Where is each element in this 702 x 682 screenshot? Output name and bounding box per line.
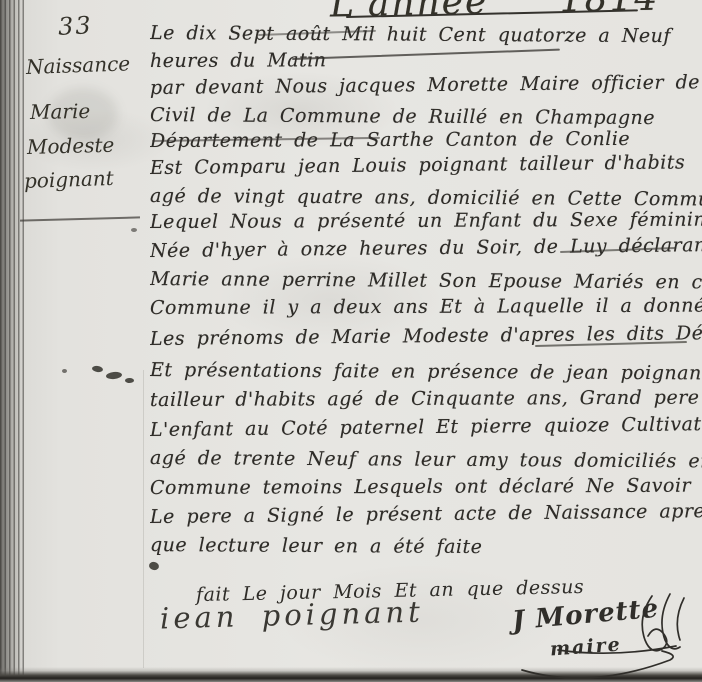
margin-rule-line [143,370,144,668]
margin-label-poignant: poignant [24,166,115,193]
record-line: Lequel Nous a présenté un Enfant du Sexe… [150,211,702,232]
record-line: Le dix Sept août Mil huit Cent quatorze … [150,24,702,46]
record-line: Le pere a Signé le présent acte de Naiss… [150,502,702,527]
record-line: tailleur d'habits agé de Cinquante ans, … [150,389,702,410]
record-line: Civil de La Commune de Ruillé en Champag… [150,106,702,128]
ink-blot [106,371,123,380]
margin-entry-number: 33 [57,11,93,41]
record-line: Commune temoins Lesquels ont déclaré Ne … [150,477,702,498]
record-line: par devant Nous jacques Morette Maire of… [150,73,702,98]
margin-label-modeste: Modeste [27,133,115,159]
record-line: que lecture leur en a été faite [150,536,702,558]
record-line: Marie anne perrine Millet Son Epouse Mar… [150,270,702,292]
record-line: Les prénoms de Marie Modeste d'apres les… [150,324,702,349]
paraph-flourish [500,588,702,682]
ink-blot [131,228,137,232]
ink-blot [92,365,104,372]
margin-label-marie: Marie [30,99,91,124]
margin-underline-flourish [20,216,140,221]
record-line: Et présentations faite en présence de je… [150,361,702,383]
ink-blot [148,561,160,571]
record-line: Est Comparu jean Louis poignant tailleur… [150,153,702,178]
register-page-scan: L'année 1814 33 Naissance Marie Modeste … [0,0,702,682]
margin-label-naissance: Naissance [26,51,131,79]
binding-edge [0,0,26,682]
ink-blot [125,378,134,383]
record-line: agé de vingt quatre ans, domicilié en Ce… [150,187,702,209]
ink-blot [62,369,67,373]
record-line: Commune il y a deux ans Et à Laquelle il… [150,297,702,318]
record-line: L'enfant au Coté paternel Et pierre quio… [150,415,702,440]
record-line: agé de trente Neuf ans leur amy tous dom… [150,449,702,471]
declarant-signature: iean poignant [160,595,425,636]
